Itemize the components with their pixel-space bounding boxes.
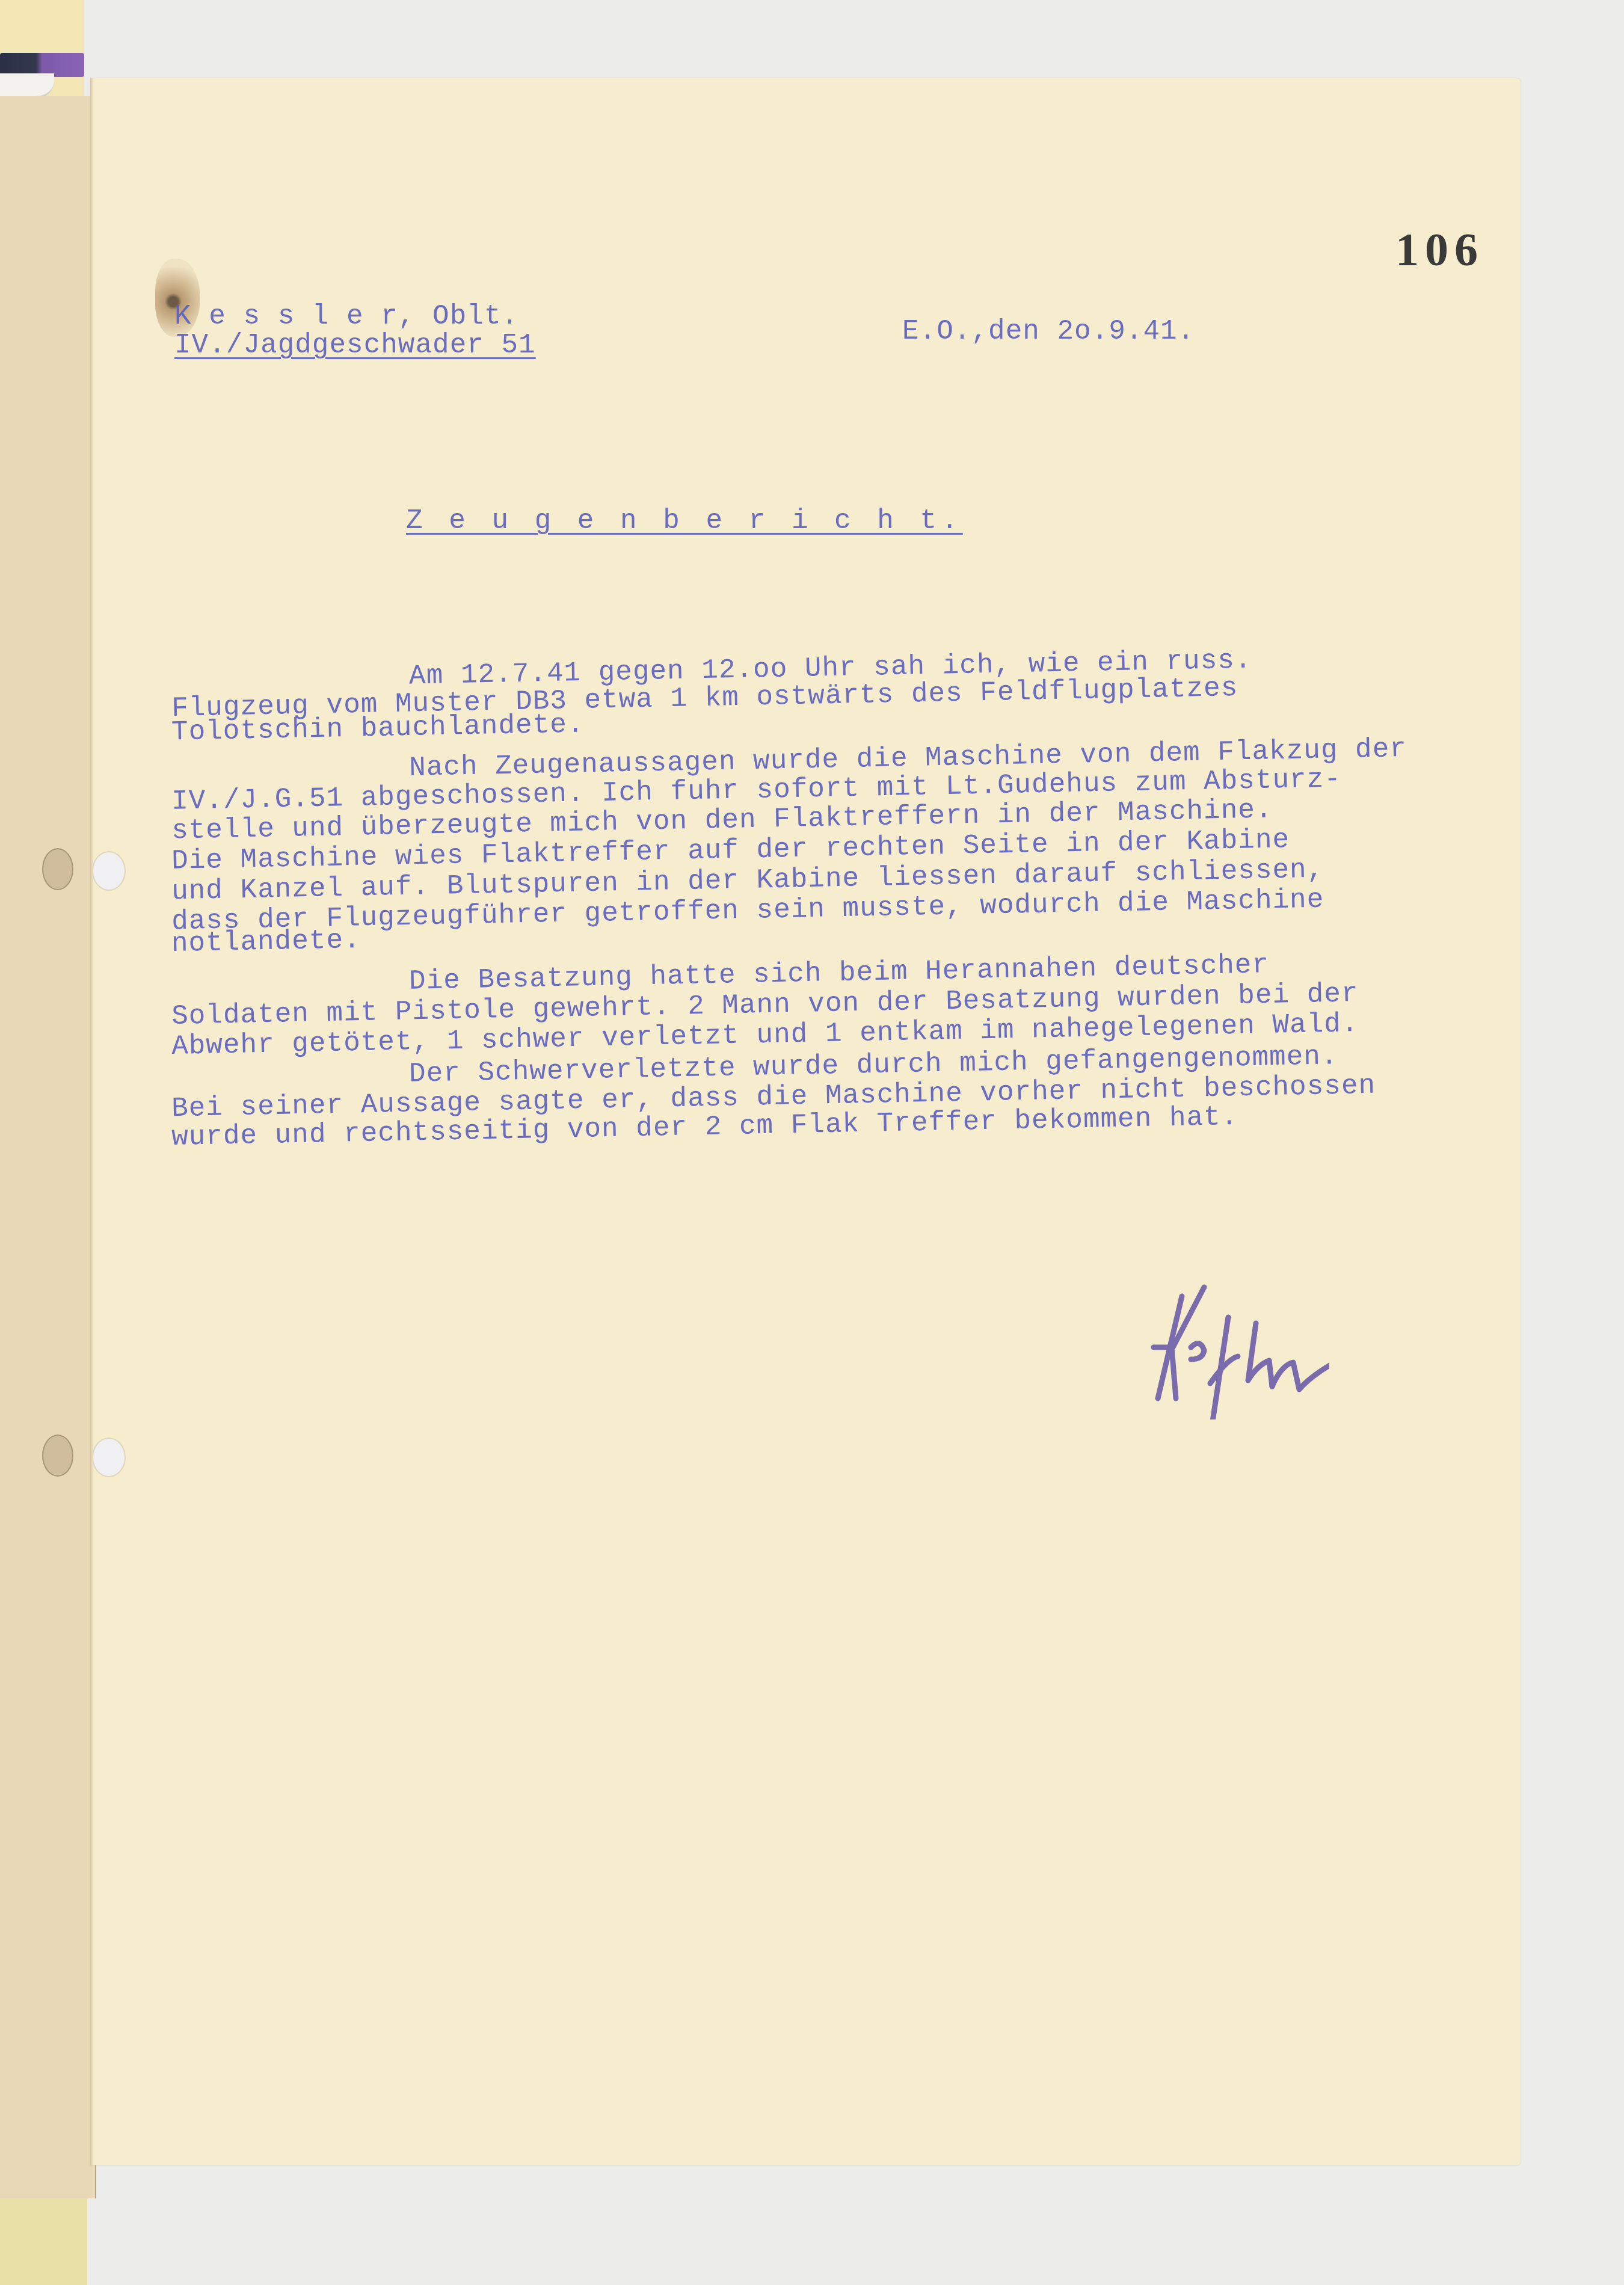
- binder-ring: [0, 73, 54, 99]
- document-title: Z e u g e n b e r i c h t.: [406, 505, 963, 537]
- place-date: E.O.,den 2o.9.41.: [902, 316, 1195, 347]
- signature: [1101, 1263, 1329, 1419]
- punch-hole-1: [92, 851, 126, 891]
- page-number: 106: [1395, 223, 1484, 277]
- punch-hole-ghost-2: [42, 1435, 73, 1477]
- sender-unit: IV./Jagdgeschwader 51: [174, 330, 536, 361]
- page-fold-shadow: [90, 78, 94, 2165]
- body-line: notlandete.: [171, 924, 361, 959]
- punch-hole-2: [92, 1438, 126, 1477]
- back-page: [0, 96, 96, 2198]
- back-page-lower: [0, 2198, 87, 2285]
- punch-hole-ghost-1: [42, 848, 73, 890]
- document-page: 106 K e s s l e r, Oblt. IV./Jagdgeschwa…: [90, 78, 1521, 2165]
- sender-name-rank: K e s s l e r, Oblt.: [174, 301, 518, 332]
